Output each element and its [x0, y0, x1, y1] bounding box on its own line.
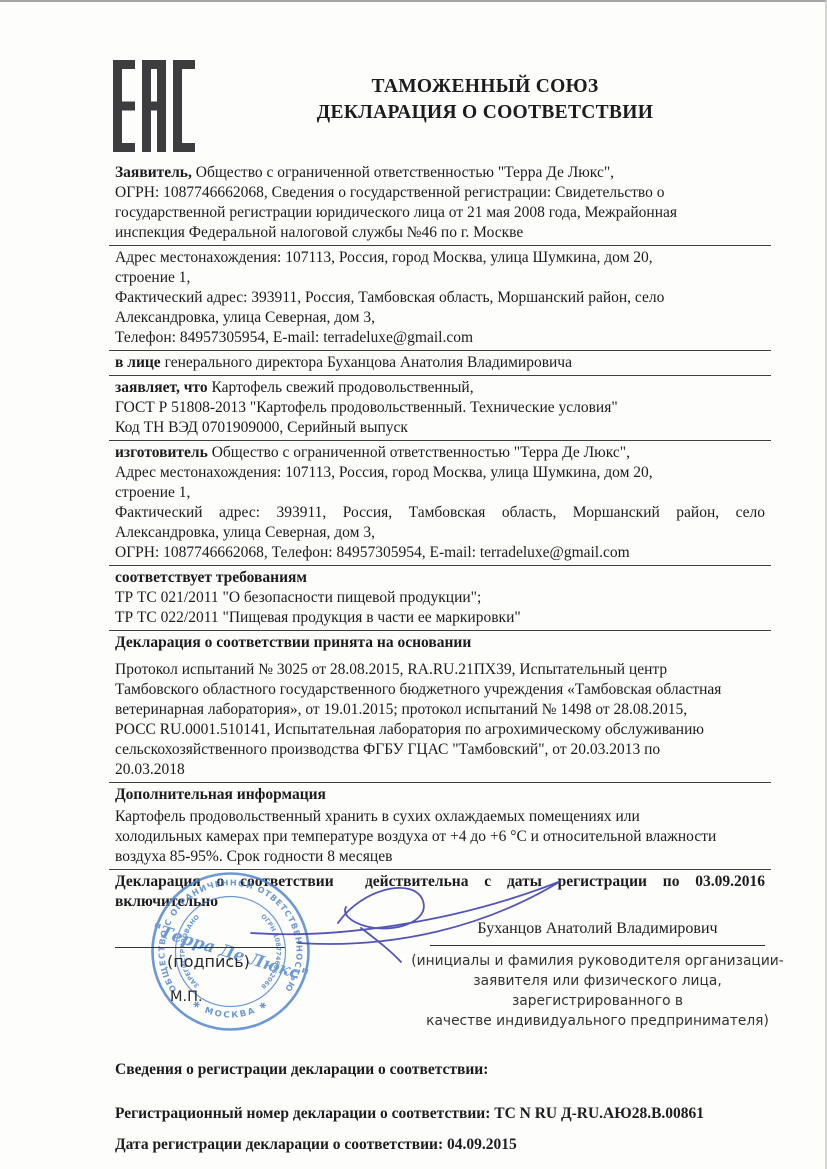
- requirement-item: ТР ТС 021/2011 "О безопасности пищевой п…: [115, 588, 765, 608]
- applicant-address-line: строение 1,: [115, 268, 765, 288]
- applicant-address-line: Адрес местонахождения: 107113, Россия, г…: [115, 248, 765, 268]
- registration-number-value: ТС N RU Д-RU.АЮ28.В.00861: [490, 1105, 704, 1122]
- applicant-line: инспекция Федеральной налоговой службы №…: [115, 223, 765, 243]
- head-caption-line: качестве индивидуального предпринимателя…: [410, 1011, 785, 1031]
- registration-number-line: Регистрационный номер декларации о соотв…: [115, 1104, 765, 1124]
- declares-line: заявляет, что Картофель свежий продоволь…: [115, 378, 765, 398]
- in-person-label: в лице: [115, 354, 161, 371]
- basis-line: Протокол испытаний № 3025 от 28.08.2015,…: [115, 660, 765, 680]
- gost-line: ГОСТ Р 51808-2013 "Картофель продовольст…: [115, 398, 765, 418]
- signature-caption: (подпись): [167, 952, 250, 971]
- spacer: [115, 1124, 765, 1135]
- scan-artifact-top: [0, 0, 827, 2]
- spacer: [115, 1080, 765, 1104]
- applicant-address-line: Александровка, улица Северная, дом 3,: [115, 308, 765, 328]
- signature-area: ОБЩЕСТВО С ОГРАНИЧЕННОЙ ОТВЕТСТВЕННОСТЬЮ…: [115, 926, 765, 1046]
- basis-heading: Декларация о соответствии принята на осн…: [115, 633, 765, 653]
- basis-line: Тамбовского областного государственного …: [115, 680, 765, 700]
- head-caption-line: заявителя или физического лица, зарегист…: [410, 971, 785, 1011]
- declares-label: заявляет, что: [115, 379, 208, 396]
- section-divider: [109, 350, 771, 351]
- applicant-phone-email-line: Телефон: 84957305954, E-mail: terradelux…: [115, 328, 765, 348]
- section-divider: [109, 375, 771, 376]
- title-line-2: ДЕКЛАРАЦИЯ О СООТВЕТСТВИИ: [265, 100, 705, 126]
- eac-logo-icon: [113, 60, 195, 157]
- applicant-address-line: Фактический адрес: 393911, Россия, Тамбо…: [115, 288, 765, 308]
- requirements-heading: соответствует требованиям: [115, 568, 765, 588]
- basis-line: 20.03.2018: [115, 760, 765, 780]
- registration-number-label: Регистрационный номер декларации о соотв…: [115, 1105, 490, 1122]
- section-divider: [109, 630, 771, 631]
- in-person-value: генерального директора Буханцова Анатоли…: [161, 354, 572, 371]
- registration-heading: Сведения о регистрации декларации о соот…: [115, 1060, 765, 1080]
- manufacturer-address-line: Александровка, улица Северная, дом 3,: [115, 523, 765, 543]
- manufacturer-label: изготовитель: [115, 444, 208, 461]
- in-person-line: в лице генерального директора Буханцова …: [115, 353, 765, 373]
- basis-line: РОСС RU.0001.510141, Испытательная лабор…: [115, 720, 765, 740]
- tnved-line: Код ТН ВЭД 0701909000, Серийный выпуск: [115, 418, 765, 438]
- basis-line: ветеринарная лаборатория», от 19.01.2015…: [115, 700, 765, 720]
- manufacturer-address-line: Фактический адрес: 393911, Россия, Тамбо…: [115, 503, 765, 523]
- declaration-document: ТАМОЖЕННЫЙ СОЮЗ ДЕКЛАРАЦИЯ О СООТВЕТСТВИ…: [0, 0, 827, 1169]
- registration-date-value: 04.09.2015: [443, 1136, 517, 1153]
- section-divider: [109, 565, 771, 566]
- additional-heading: Дополнительная информация: [115, 785, 765, 805]
- manufacturer-contacts-line: ОГРН: 1087746662068, Телефон: 8495730595…: [115, 543, 765, 563]
- manufacturer-address-line: строение 1,: [115, 483, 765, 503]
- registration-date-line: Дата регистрации декларации о соответств…: [115, 1135, 765, 1155]
- stamp-place-caption: М.П.: [170, 989, 203, 1005]
- requirement-item: ТР ТС 022/2011 "Пищевая продукция в част…: [115, 608, 765, 628]
- manufacturer-address-line: Адрес местонахождения: 107113, Россия, г…: [115, 463, 765, 483]
- applicant-label: Заявитель,: [115, 164, 192, 181]
- manufacturer-line: изготовитель Общество с ограниченной отв…: [115, 443, 765, 463]
- document-title: ТАМОЖЕННЫЙ СОЮЗ ДЕКЛАРАЦИЯ О СООТВЕТСТВИ…: [265, 74, 705, 126]
- applicant-value: Общество с ограниченной ответственностью…: [192, 164, 614, 181]
- applicant-line: ОГРН: 1087746662068, Сведения о государс…: [115, 183, 765, 203]
- signature-line: [115, 947, 285, 948]
- storage-line: Картофель продовольственный хранить в су…: [115, 807, 765, 827]
- registration-date-label: Дата регистрации декларации о соответств…: [115, 1136, 443, 1153]
- head-caption-line: (инициалы и фамилия руководителя организ…: [410, 951, 785, 971]
- storage-line: холодильных камерах при температуре возд…: [115, 827, 765, 847]
- basis-line: сельскохозяйственного производства ФГБУ …: [115, 740, 765, 760]
- section-divider: [109, 245, 771, 246]
- title-line-1: ТАМОЖЕННЫЙ СОЮЗ: [265, 74, 705, 100]
- declares-value: Картофель свежий продовольственный,: [208, 379, 474, 396]
- section-divider: [109, 782, 771, 783]
- spacer: [115, 653, 765, 660]
- manufacturer-value: Общество с ограниченной ответственностью…: [208, 444, 630, 461]
- registration-info: Сведения о регистрации декларации о соот…: [115, 1060, 765, 1155]
- name-underline: [430, 945, 765, 946]
- applicant-line: Заявитель, Общество с ограниченной ответ…: [115, 163, 765, 183]
- applicant-line: государственной регистрации юридического…: [115, 203, 765, 223]
- head-full-name: Буханцов Анатолий Владимирович: [430, 920, 765, 938]
- head-caption: (инициалы и фамилия руководителя организ…: [410, 951, 785, 1031]
- section-divider: [109, 440, 771, 441]
- document-body: Заявитель, Общество с ограниченной ответ…: [115, 163, 765, 1155]
